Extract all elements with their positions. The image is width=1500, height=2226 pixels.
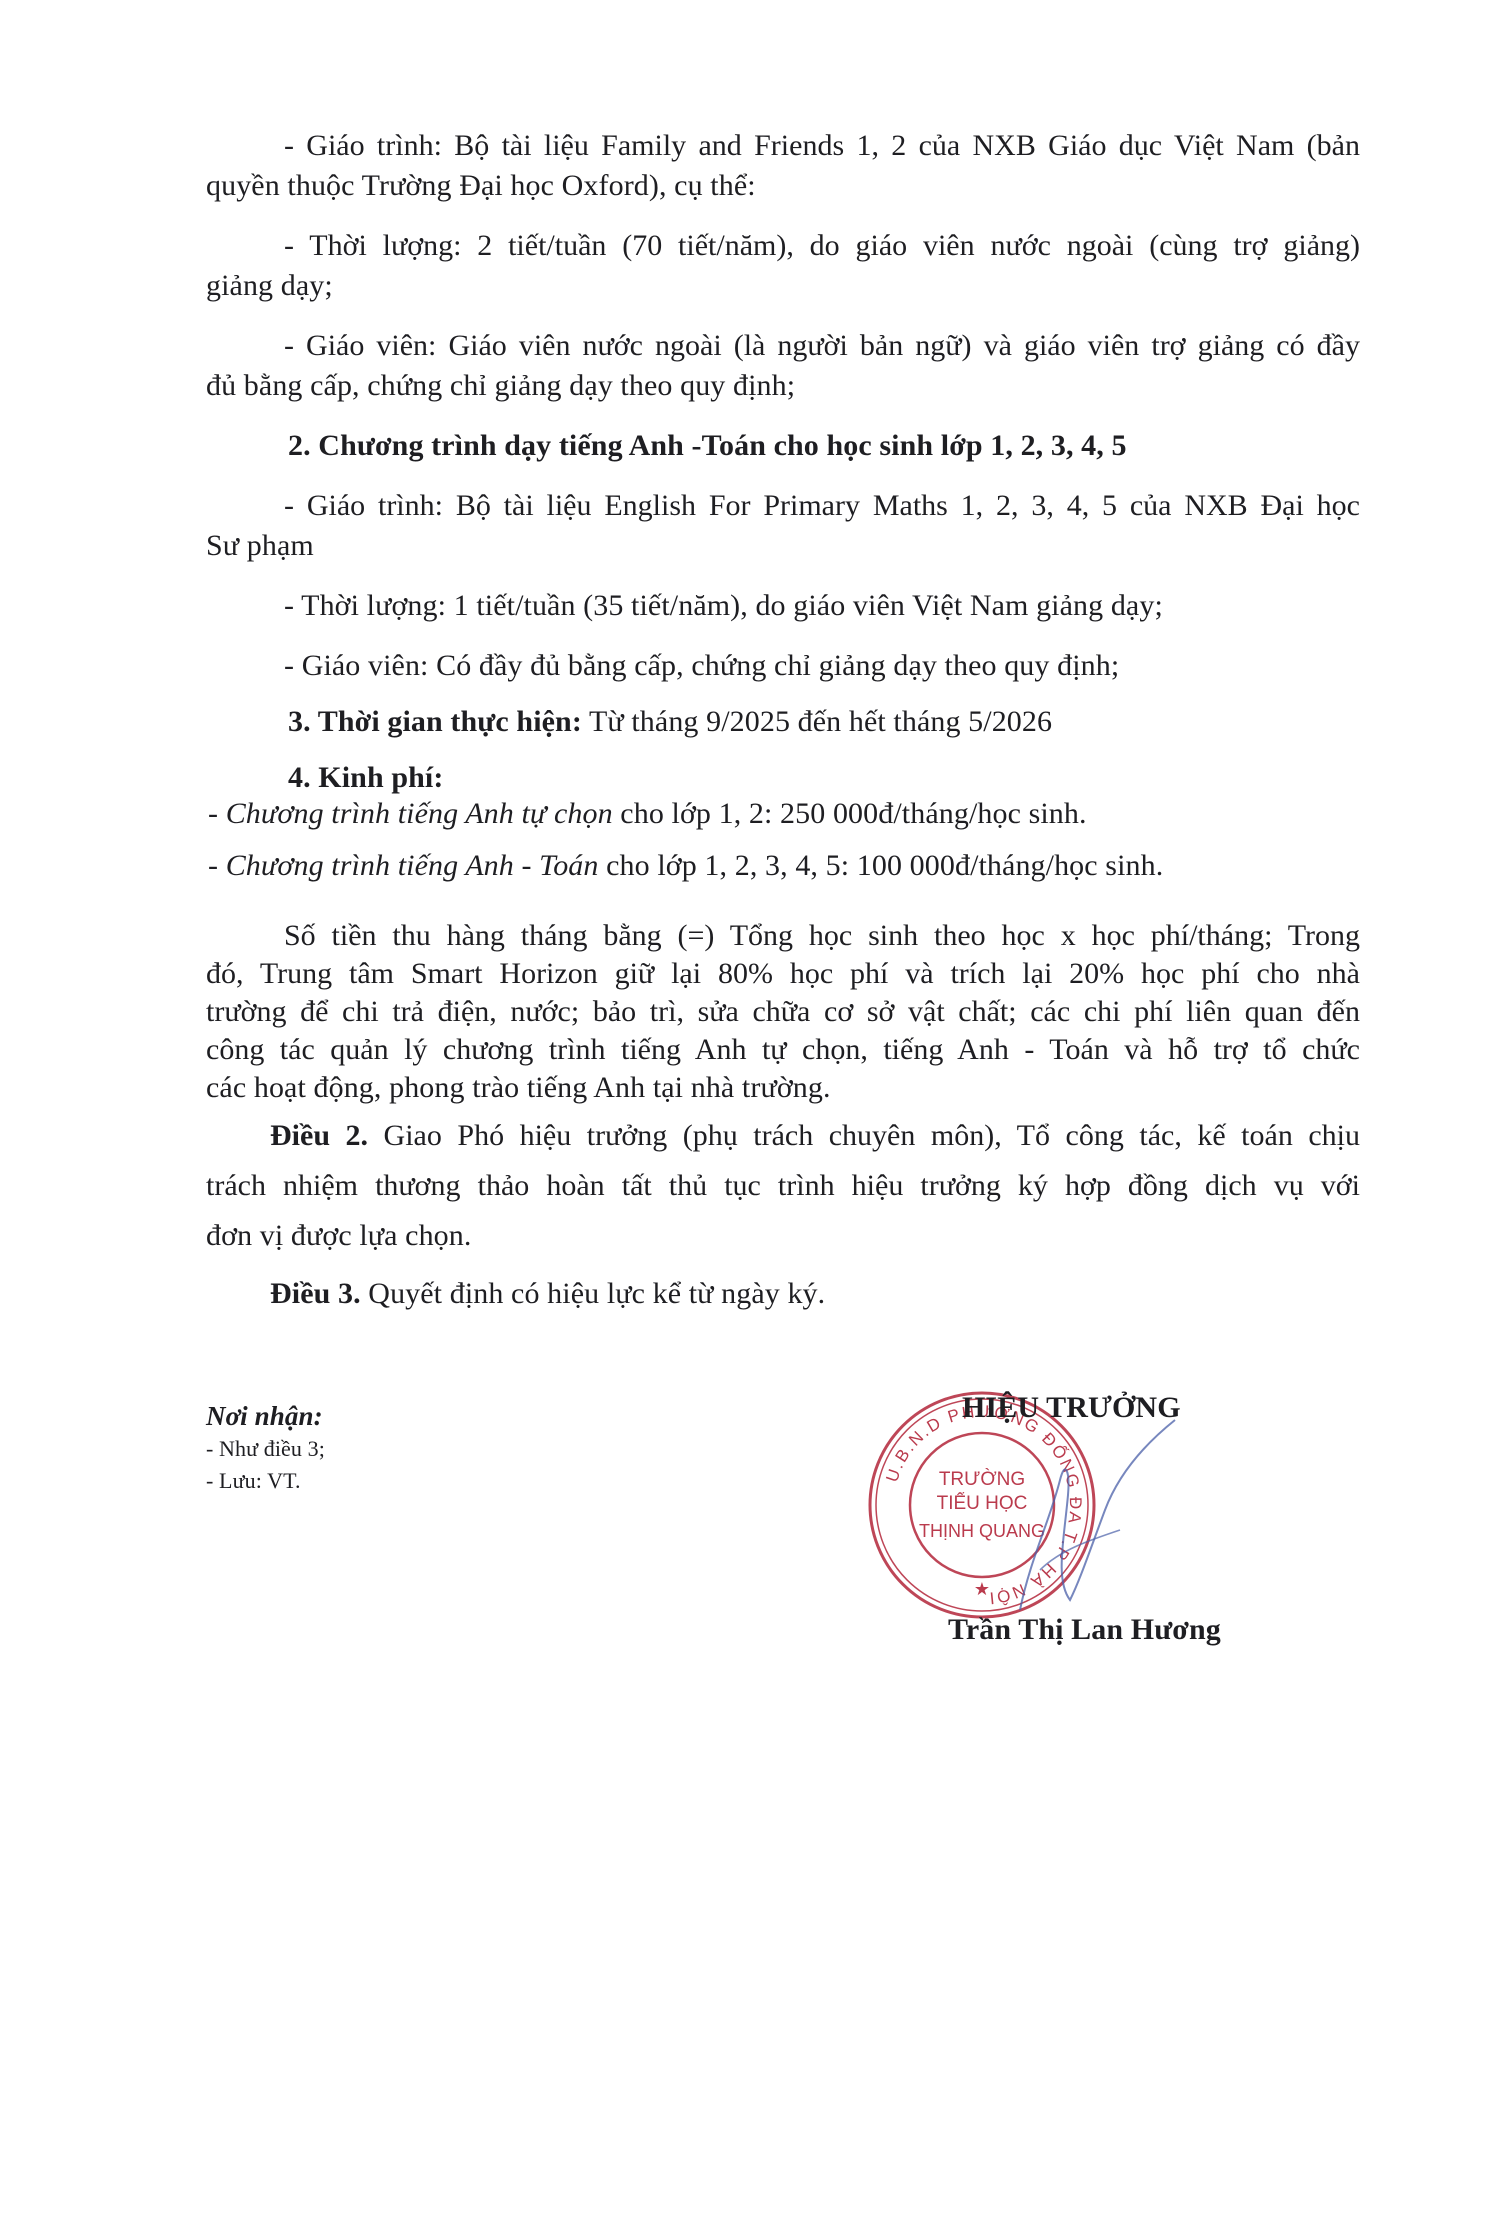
payment-line-3: trường để chi trả điện, nước; bảo trì, s… <box>206 992 1360 1032</box>
section-2-curriculum-line-1: - Giáo trình: Bộ tài liệu English For Pr… <box>284 486 1360 526</box>
fee-line-1: - Chương trình tiếng Anh tự chọn cho lớp… <box>208 794 1087 834</box>
article-2-text: Giao Phó hiệu trưởng (phụ trách chuyên m… <box>368 1119 1360 1152</box>
section-2-teacher: - Giáo viên: Có đầy đủ bằng cấp, chứng c… <box>284 646 1119 686</box>
teacher-line-1: - Giáo viên: Giáo viên nước ngoài (là ng… <box>284 326 1360 366</box>
teacher-line-2: đủ bằng cấp, chứng chỉ giảng dạy theo qu… <box>206 366 795 406</box>
recipient-item-1: - Như điều 3; <box>206 1434 325 1464</box>
article-2-line-2: trách nhiệm thương thảo hoàn tất thủ tục… <box>206 1166 1360 1206</box>
recipient-item-2: - Lưu: VT. <box>206 1466 301 1496</box>
curriculum-line-1: - Giáo trình: Bộ tài liệu Family and Fri… <box>284 126 1360 166</box>
fee-1-program: - Chương trình tiếng Anh tự chọn <box>208 797 613 830</box>
article-3-label: Điều 3. <box>270 1277 361 1310</box>
article-3-text: Quyết định có hiệu lực kể từ ngày ký. <box>361 1277 826 1310</box>
duration-line-1: - Thời lượng: 2 tiết/tuần (70 tiết/năm),… <box>284 226 1360 266</box>
payment-line-1: Số tiền thu hàng tháng bằng (=) Tổng học… <box>284 916 1360 956</box>
payment-line-5: các hoạt động, phong trào tiếng Anh tại … <box>206 1068 831 1108</box>
article-2-line-3: đơn vị được lựa chọn. <box>206 1216 471 1256</box>
duration-line-2: giảng dạy; <box>206 266 333 306</box>
article-3: Điều 3. Quyết định có hiệu lực kể từ ngà… <box>270 1274 825 1314</box>
section-3: 3. Thời gian thực hiện: Từ tháng 9/2025 … <box>288 702 1052 742</box>
fee-2-value: cho lớp 1, 2, 3, 4, 5: 100 000đ/tháng/họ… <box>599 849 1164 882</box>
payment-line-2: đó, Trung tâm Smart Horizon giữ lại 80% … <box>206 954 1360 994</box>
section-3-value: Từ tháng 9/2025 đến hết tháng 5/2026 <box>582 705 1052 738</box>
section-2-curriculum-line-2: Sư phạm <box>206 526 314 566</box>
payment-line-4: công tác quản lý chương trình tiếng Anh … <box>206 1030 1360 1070</box>
handwritten-signature-icon <box>960 1400 1180 1640</box>
signatory-name: Trần Thị Lan Hương <box>948 1610 1221 1650</box>
section-3-label: 3. Thời gian thực hiện: <box>288 705 582 738</box>
section-2-heading: 2. Chương trình dạy tiếng Anh -Toán cho … <box>288 426 1127 466</box>
section-2-duration: - Thời lượng: 1 tiết/tuần (35 tiết/năm),… <box>284 586 1163 626</box>
section-4-heading: 4. Kinh phí: <box>288 758 443 798</box>
article-2-line-1: Điều 2. Giao Phó hiệu trưởng (phụ trách … <box>270 1116 1360 1156</box>
fee-line-2: - Chương trình tiếng Anh - Toán cho lớp … <box>208 846 1163 886</box>
fee-1-value: cho lớp 1, 2: 250 000đ/tháng/học sinh. <box>613 797 1087 830</box>
recipients-heading: Nơi nhận: <box>206 1396 323 1436</box>
document-page: - Giáo trình: Bộ tài liệu Family and Fri… <box>0 0 1500 2226</box>
article-2-label: Điều 2. <box>270 1119 368 1152</box>
curriculum-line-2: quyền thuộc Trường Đại học Oxford), cụ t… <box>206 166 756 206</box>
fee-2-program: - Chương trình tiếng Anh - Toán <box>208 849 599 882</box>
